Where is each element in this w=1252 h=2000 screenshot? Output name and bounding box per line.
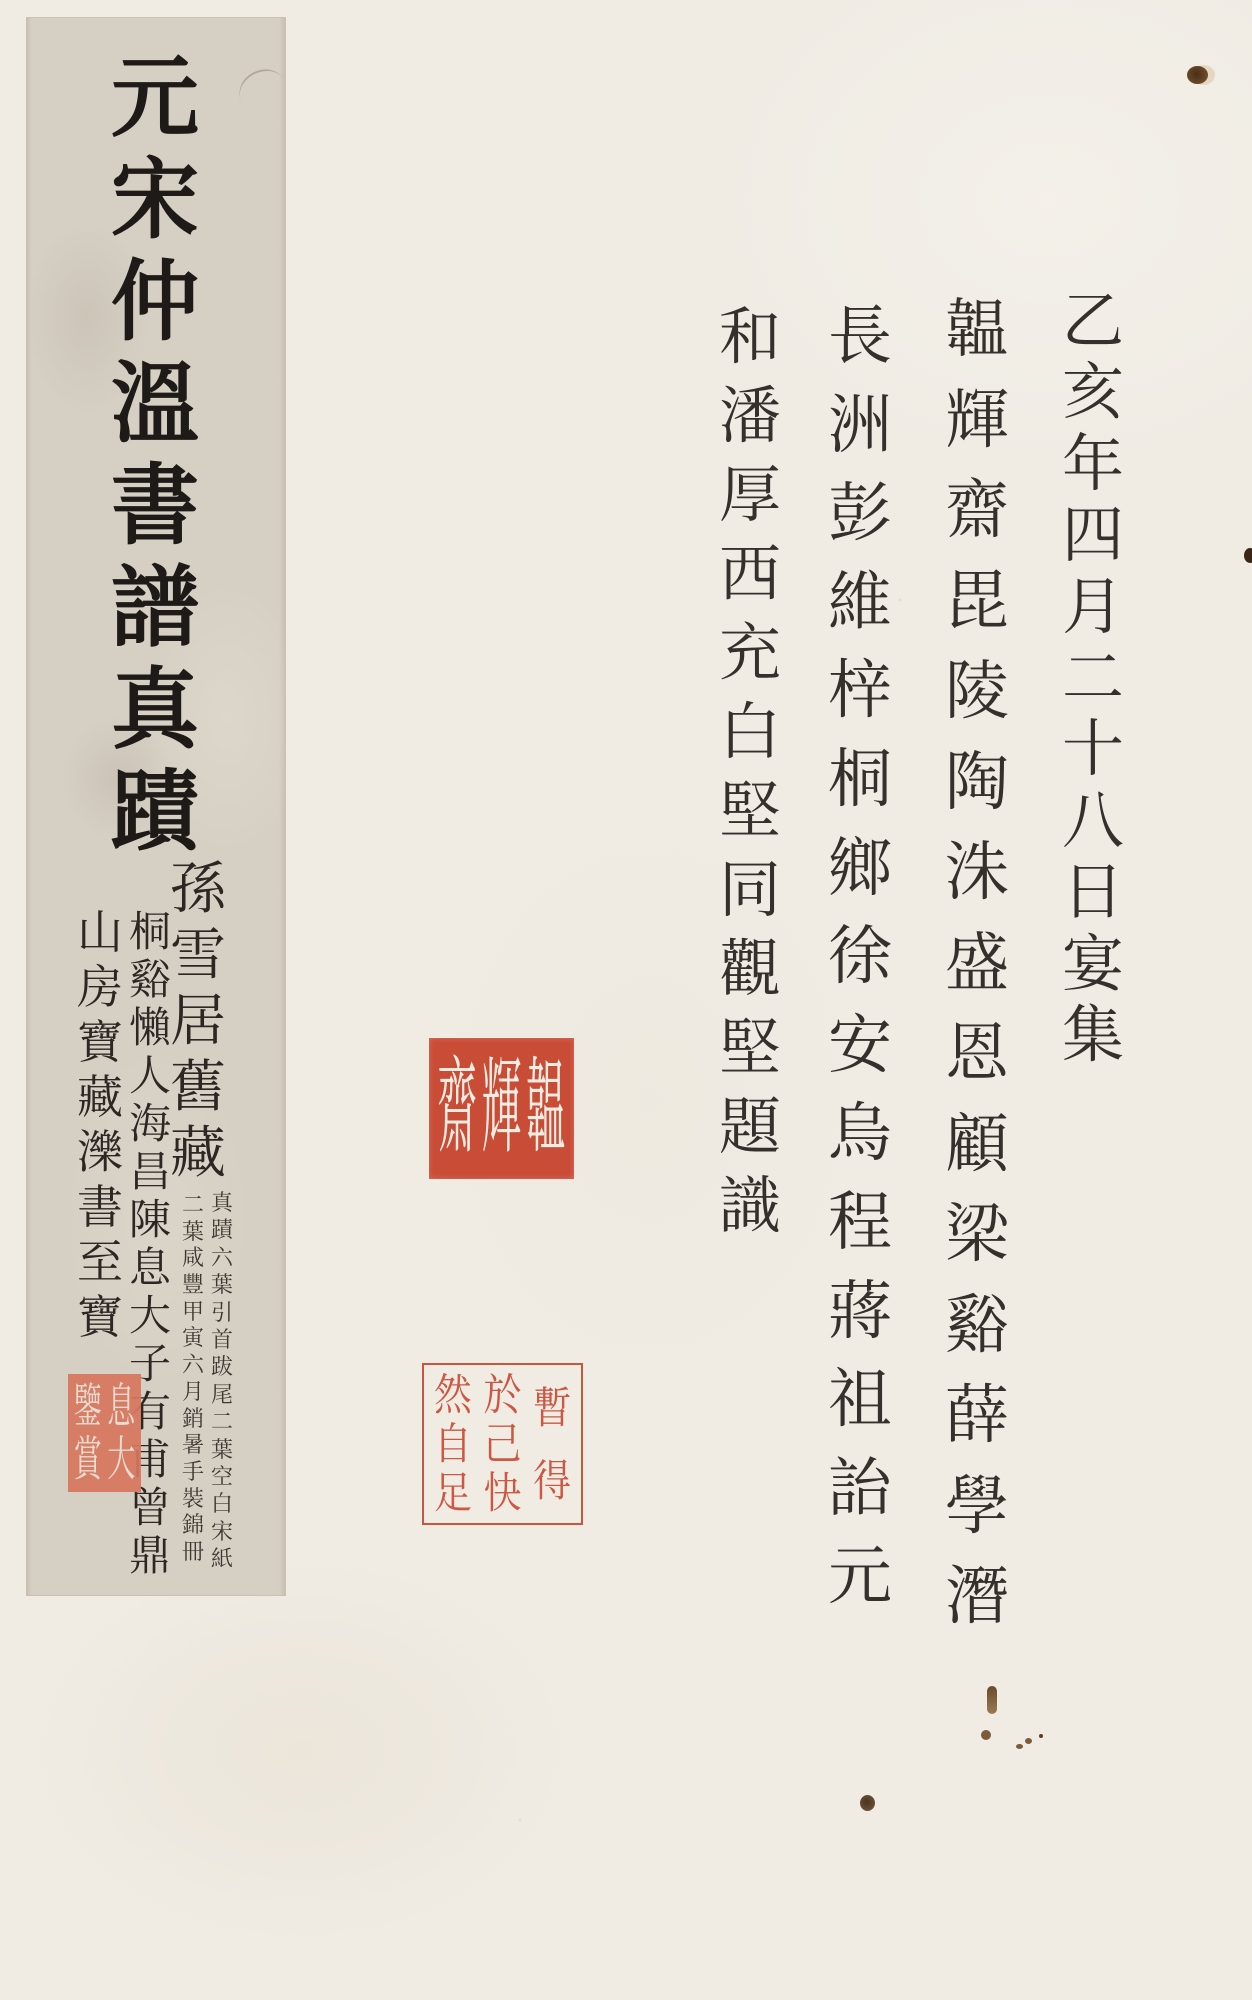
glyph: 元 — [100, 46, 210, 148]
glyph: 陶 — [937, 738, 1017, 829]
glyph: 二 — [209, 1409, 235, 1436]
glyph: 宋 — [209, 1519, 235, 1546]
glyph: 盛 — [937, 919, 1017, 1010]
glyph: 暑 — [180, 1433, 206, 1460]
glyph: 鼎 — [124, 1532, 176, 1580]
seal-column: 息大 — [107, 1380, 135, 1486]
glyph: 學 — [937, 1462, 1017, 1553]
glyph: 元 — [820, 1533, 900, 1622]
seal-glyph: 自 — [434, 1422, 472, 1466]
seal-column: 於己快 — [483, 1371, 521, 1517]
glyph: 二 — [180, 1193, 206, 1220]
glyph: 齋 — [937, 466, 1017, 557]
stain-mark — [1039, 1734, 1043, 1738]
seal-glyph: 息 — [107, 1383, 135, 1431]
glyph: 徐 — [820, 913, 900, 1002]
glyph: 懶 — [124, 1004, 176, 1052]
glyph: 引 — [209, 1300, 235, 1327]
glyph: 十 — [1053, 713, 1133, 784]
wormhole-mark — [860, 1795, 875, 1811]
seal-glyph: 齋 — [437, 1057, 477, 1161]
glyph: 跋 — [209, 1354, 235, 1381]
glyph: 厚 — [710, 455, 790, 534]
glyph: 程 — [820, 1179, 900, 1268]
glyph: 空 — [209, 1464, 235, 1491]
glyph: 蹟 — [100, 760, 210, 862]
glyph: 洙 — [937, 828, 1017, 919]
glyph: 洲 — [820, 382, 900, 471]
glyph: 書 — [72, 1180, 128, 1235]
glyph: 西 — [710, 534, 790, 613]
glyph: 堅 — [710, 771, 790, 850]
glyph: 至 — [72, 1235, 128, 1290]
seal-column: 輝 — [481, 1046, 521, 1171]
glyph: 韞 — [937, 285, 1017, 376]
colophon-column-2: 韞輝齋毘陵陶洙盛恩顧梁谿薛學潛 — [937, 285, 1017, 1643]
glyph: 桐 — [820, 736, 900, 825]
glyph: 充 — [710, 613, 790, 692]
edge-mark — [1244, 548, 1252, 563]
label-note-b: 二葉咸豐甲寅六月銷暑手裝錦冊 — [180, 1193, 206, 1567]
glyph: 尾 — [209, 1382, 235, 1409]
glyph: 葉 — [209, 1272, 235, 1299]
glyph: 蹟 — [209, 1217, 235, 1244]
colophon-column-4: 和潘厚西充白堅同觀堅題識 — [710, 297, 790, 1245]
seal-glyph: 鑒 — [74, 1383, 102, 1431]
glyph: 和 — [710, 297, 790, 376]
seal-glyph: 然 — [434, 1373, 472, 1417]
glyph: 潘 — [710, 376, 790, 455]
glyph: 二 — [1053, 642, 1133, 713]
seal-glyph: 得 — [533, 1459, 571, 1503]
glyph: 陵 — [937, 647, 1017, 738]
glyph: 裝 — [180, 1487, 206, 1514]
stain-mark — [981, 1730, 991, 1740]
seal-glyph: 足 — [434, 1471, 472, 1515]
glyph: 錦 — [180, 1513, 206, 1540]
glyph: 輝 — [937, 376, 1017, 467]
glyph: 維 — [820, 559, 900, 648]
glyph: 首 — [209, 1327, 235, 1354]
glyph: 手 — [180, 1460, 206, 1487]
glyph: 寶 — [72, 1015, 128, 1070]
glyph: 白 — [710, 692, 790, 771]
glyph: 鄉 — [820, 825, 900, 914]
seal-column: 鑒賞 — [74, 1380, 102, 1486]
stain-mark — [1016, 1744, 1023, 1749]
seal-column: 齋 — [437, 1046, 477, 1171]
glyph: 蔣 — [820, 1268, 900, 1357]
glyph: 顧 — [937, 1100, 1017, 1191]
glyph: 彭 — [820, 470, 900, 559]
seal-glyph: 大 — [107, 1436, 135, 1484]
glyph: 甲 — [180, 1300, 206, 1327]
glyph: 銷 — [180, 1407, 206, 1434]
glyph: 寅 — [180, 1326, 206, 1353]
glyph: 潛 — [937, 1552, 1017, 1643]
glyph: 葉 — [180, 1220, 206, 1247]
studio-seal: 韞 輝 齋 — [429, 1038, 574, 1179]
glyph: 四 — [1053, 499, 1133, 570]
glyph: 昌 — [124, 1148, 176, 1196]
glyph: 海 — [124, 1100, 176, 1148]
glyph: 濼 — [72, 1125, 128, 1180]
glyph: 大 — [124, 1292, 176, 1340]
glyph: 同 — [710, 850, 790, 929]
seal-glyph: 快 — [483, 1471, 521, 1515]
stain-mark — [1025, 1738, 1032, 1744]
colophon-column-3: 長洲彭維梓桐鄉徐安烏程蔣祖詒元 — [820, 293, 900, 1622]
glyph: 六 — [209, 1245, 235, 1272]
label-seal: 息大 鑒賞 — [68, 1374, 141, 1492]
glyph: 白 — [209, 1491, 235, 1518]
glyph: 真 — [100, 658, 210, 760]
glyph: 葉 — [209, 1437, 235, 1464]
glyph: 紙 — [209, 1546, 235, 1573]
glyph: 梁 — [937, 1190, 1017, 1281]
glyph: 真 — [209, 1190, 235, 1217]
paper-mark — [232, 62, 293, 120]
leisure-seal: 暫得 於己快 然自足 — [422, 1363, 583, 1525]
glyph: 桐 — [124, 908, 176, 956]
glyph: 題 — [710, 1087, 790, 1166]
glyph: 豐 — [180, 1273, 206, 1300]
glyph: 祖 — [820, 1356, 900, 1445]
wormhole-mark — [1187, 66, 1208, 84]
glyph: 恩 — [937, 1009, 1017, 1100]
glyph: 烏 — [820, 1090, 900, 1179]
glyph: 房 — [72, 960, 128, 1015]
seal-glyph: 於 — [483, 1373, 521, 1417]
glyph: 溫 — [100, 352, 210, 454]
glyph: 陳 — [124, 1196, 176, 1244]
glyph: 山 — [72, 905, 128, 960]
glyph: 長 — [820, 293, 900, 382]
glyph: 譜 — [100, 556, 210, 658]
stain-mark — [987, 1686, 997, 1714]
glyph: 日 — [1053, 856, 1133, 927]
label-title: 元宋仲溫書譜真蹟 — [100, 46, 210, 862]
seal-glyph: 賞 — [74, 1436, 102, 1484]
glyph: 谿 — [937, 1281, 1017, 1372]
glyph: 宴 — [1053, 928, 1133, 999]
colophon-column-1: 乙亥年四月二十八日宴集 — [1053, 285, 1133, 1070]
glyph: 書 — [100, 454, 210, 556]
glyph: 毘 — [937, 557, 1017, 648]
glyph: 薛 — [937, 1371, 1017, 1462]
seal-glyph: 暫 — [533, 1386, 571, 1430]
glyph: 詒 — [820, 1445, 900, 1534]
glyph: 安 — [820, 1002, 900, 1091]
glyph: 宋 — [100, 148, 210, 250]
label-studio-line: 山房寶藏濼書至寶 — [72, 905, 128, 1345]
glyph: 月 — [1053, 571, 1133, 642]
glyph: 乙 — [1053, 285, 1133, 356]
glyph: 冊 — [180, 1540, 206, 1567]
seal-glyph: 韞 — [526, 1057, 566, 1161]
glyph: 咸 — [180, 1246, 206, 1273]
seal-glyph: 輝 — [481, 1057, 521, 1161]
glyph: 藏 — [72, 1070, 128, 1125]
glyph: 六 — [180, 1353, 206, 1380]
glyph: 年 — [1053, 428, 1133, 499]
glyph: 息 — [124, 1244, 176, 1292]
seal-column: 暫得 — [533, 1371, 571, 1517]
glyph: 仲 — [100, 250, 210, 352]
seal-glyph: 己 — [483, 1422, 521, 1466]
glyph: 人 — [124, 1052, 176, 1100]
glyph: 谿 — [124, 956, 176, 1004]
glyph: 亥 — [1053, 356, 1133, 427]
glyph: 寶 — [72, 1290, 128, 1345]
glyph: 堅 — [710, 1008, 790, 1087]
glyph: 觀 — [710, 929, 790, 1008]
glyph: 八 — [1053, 785, 1133, 856]
glyph: 集 — [1053, 999, 1133, 1070]
seal-column: 韞 — [526, 1046, 566, 1171]
seal-column: 然自足 — [434, 1371, 472, 1517]
glyph: 月 — [180, 1380, 206, 1407]
label-note-a: 真蹟六葉引首跋尾二葉空白宋紙 — [209, 1190, 235, 1573]
glyph: 識 — [710, 1166, 790, 1245]
glyph: 梓 — [820, 647, 900, 736]
